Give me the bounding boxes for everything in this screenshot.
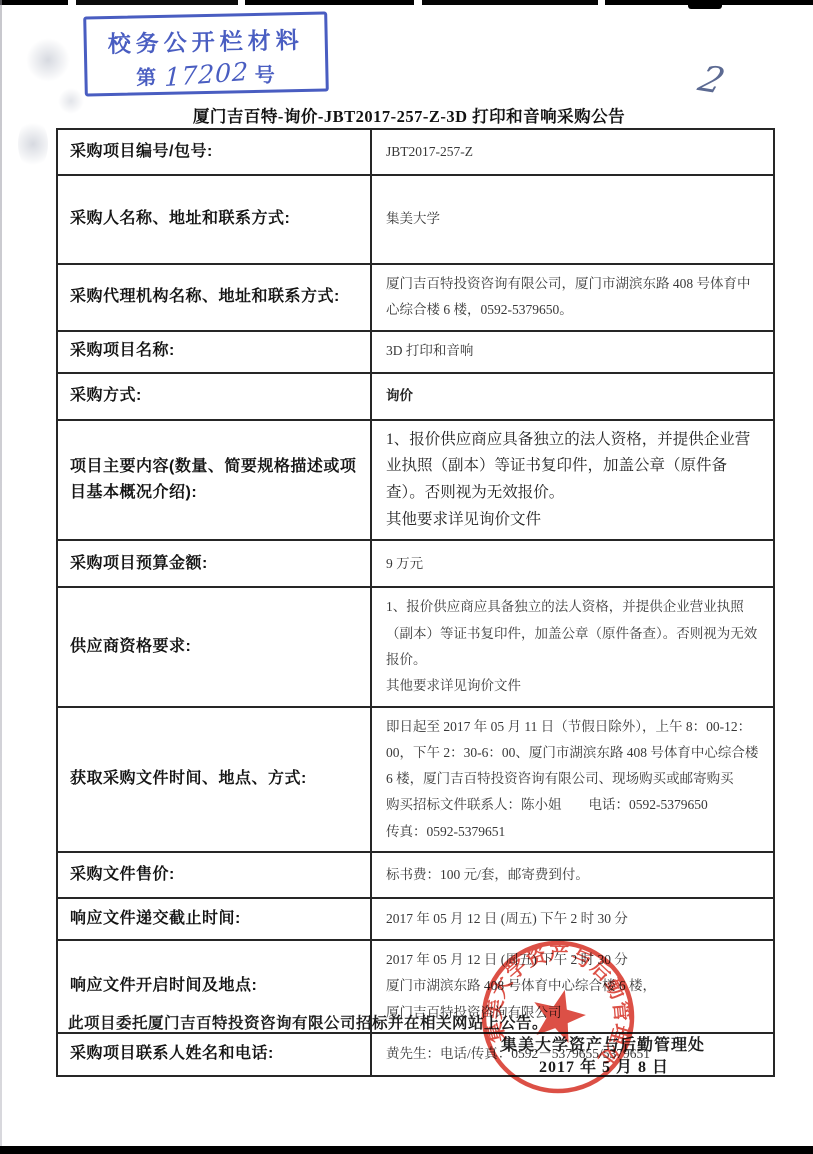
blue-archive-stamp: 校务公开栏材料 第17202号 xyxy=(83,11,329,96)
value-line: 询价 xyxy=(386,383,761,409)
table-row: 响应文件递交截止时间: 2017 年 05 月 12 日 (周五) 下午 2 时… xyxy=(57,898,774,940)
table-row: 采购文件售价: 标书费：100 元/套，邮寄费到付。 xyxy=(57,852,774,898)
row-value: 9 万元 xyxy=(371,540,774,587)
table-row: 供应商资格要求: 1、报价供应商应具备独立的法人资格，并提供企业营业执照（副本）… xyxy=(57,587,774,706)
value-line: 购买招标文件联系人：陈小姐 电话：0592-5379650 xyxy=(386,792,761,818)
value-line: JBT2017-257-Z xyxy=(386,139,761,165)
row-value: 3D 打印和音响 xyxy=(371,331,774,373)
footer-date: 2017 年 5 月 8 日 xyxy=(57,1054,669,1077)
procurement-table-body: 采购项目编号/包号: JBT2017-257-Z 采购人名称、地址和联系方式: … xyxy=(57,129,774,1076)
row-value: 1、报价供应商应具备独立的法人资格，并提供企业营业执照（副本）等证书复印件，加盖… xyxy=(371,420,774,541)
row-value: JBT2017-257-Z xyxy=(371,129,774,175)
row-value: 标书费：100 元/套，邮寄费到付。 xyxy=(371,852,774,898)
handwritten-page-number: 2 xyxy=(693,59,729,102)
row-label: 获取采购文件时间、地点、方式: xyxy=(57,707,371,853)
value-line: 即日起至 2017 年 05 月 11 日（节假日除外），上午 8：00-12：… xyxy=(386,714,761,793)
table-row: 采购项目名称: 3D 打印和音响 xyxy=(57,331,774,373)
table-row: 采购代理机构名称、地址和联系方式: 厦门吉百特投资咨询有限公司，厦门市湖滨东路 … xyxy=(57,264,774,331)
row-value: 集美大学 xyxy=(371,175,774,264)
row-value: 1、报价供应商应具备独立的法人资格，并提供企业营业执照（副本）等证书复印件，加盖… xyxy=(371,587,774,706)
value-line: 其他要求详见询价文件 xyxy=(386,673,761,699)
procurement-table: 采购项目编号/包号: JBT2017-257-Z 采购人名称、地址和联系方式: … xyxy=(56,128,775,1077)
scan-noise-speck xyxy=(26,38,70,82)
table-row: 采购项目预算金额: 9 万元 xyxy=(57,540,774,587)
row-label: 采购代理机构名称、地址和联系方式: xyxy=(57,264,371,331)
value-line: 标书费：100 元/套，邮寄费到付。 xyxy=(386,862,761,888)
row-label: 采购项目预算金额: xyxy=(57,540,371,587)
row-label: 采购项目名称: xyxy=(57,331,371,373)
scan-artifact-top-blob xyxy=(688,0,722,9)
footer-signature: 集美大学资产与后勤管理处 xyxy=(57,1032,705,1055)
value-line: 传真：0592-5379651 xyxy=(386,819,761,845)
row-label: 采购项目编号/包号: xyxy=(57,129,371,175)
scan-noise-speck xyxy=(18,118,48,170)
stamp-number-prefix: 第 xyxy=(136,67,158,89)
value-line: 厦门市湖滨东路 408 号体育中心综合楼 6 楼， xyxy=(386,973,761,999)
value-line: 其他要求详见询价文件 xyxy=(386,507,761,534)
table-row: 采购项目编号/包号: JBT2017-257-Z xyxy=(57,129,774,175)
row-value: 2017 年 05 月 12 日 (周五) 下午 2 时 30 分 xyxy=(371,898,774,940)
value-line: 3D 打印和音响 xyxy=(386,338,761,364)
stamp-line1: 校务公开栏材料 xyxy=(86,22,325,60)
table-row: 获取采购文件时间、地点、方式: 即日起至 2017 年 05 月 11 日（节假… xyxy=(57,707,774,853)
table-row: 采购方式: 询价 xyxy=(57,373,774,420)
footer-note: 此项目委托厦门吉百特投资咨询有限公司招标并在相关网站上公告。 xyxy=(68,1011,628,1033)
row-label: 采购文件售价: xyxy=(57,852,371,898)
row-value: 厦门吉百特投资咨询有限公司，厦门市湖滨东路 408 号体育中心综合楼 6 楼，0… xyxy=(371,264,774,331)
value-line: 9 万元 xyxy=(386,551,761,577)
row-value: 询价 xyxy=(371,373,774,420)
stamp-handwritten-number: 17202 xyxy=(164,57,249,92)
row-label: 响应文件递交截止时间: xyxy=(57,898,371,940)
stamp-line2: 第17202号 xyxy=(87,58,326,92)
value-line: 2017 年 05 月 12 日 (周五) 下午 2 时 30 分 xyxy=(386,947,761,973)
value-line: 集美大学 xyxy=(386,206,761,232)
value-line: 1、报价供应商应具备独立的法人资格，并提供企业营业执照（副本）等证书复印件，加盖… xyxy=(386,594,761,673)
table-row: 采购人名称、地址和联系方式: 集美大学 xyxy=(57,175,774,264)
table-row: 项目主要内容(数量、简要规格描述或项目基本概况介绍): 1、报价供应商应具备独立… xyxy=(57,420,774,541)
row-label: 项目主要内容(数量、简要规格描述或项目基本概况介绍): xyxy=(57,420,371,541)
stamp-number-suffix: 号 xyxy=(255,65,277,87)
row-label: 供应商资格要求: xyxy=(57,587,371,706)
scan-artifact-bottom-edge xyxy=(0,1146,813,1154)
document-title: 厦门吉百特-询价-JBT2017-257-Z-3D 打印和音响采购公告 xyxy=(48,103,770,127)
scan-artifact-left-edge xyxy=(0,0,2,1154)
scanned-document-page: 校务公开栏材料 第17202号 2 厦门吉百特-询价-JBT2017-257-Z… xyxy=(0,0,813,1154)
value-line: 厦门吉百特投资咨询有限公司，厦门市湖滨东路 408 号体育中心综合楼 6 楼，0… xyxy=(386,271,761,324)
row-label: 采购人名称、地址和联系方式: xyxy=(57,175,371,264)
value-line: 2017 年 05 月 12 日 (周五) 下午 2 时 30 分 xyxy=(386,906,761,932)
value-line: 1、报价供应商应具备独立的法人资格，并提供企业营业执照（副本）等证书复印件，加盖… xyxy=(386,427,761,507)
row-value: 即日起至 2017 年 05 月 11 日（节假日除外），上午 8：00-12：… xyxy=(371,707,774,853)
row-label: 采购方式: xyxy=(57,373,371,420)
